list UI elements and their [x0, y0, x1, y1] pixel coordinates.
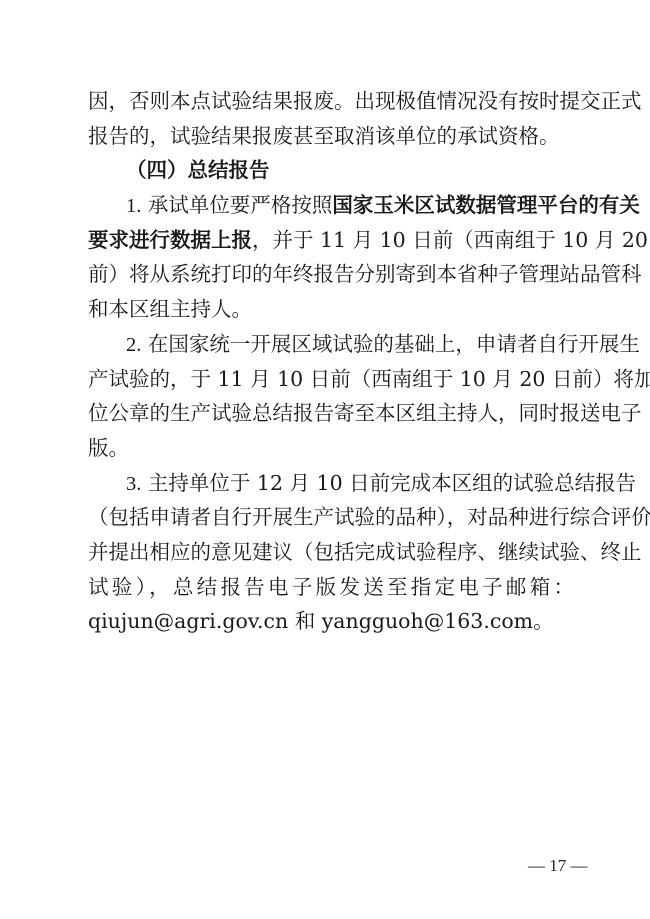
item-3-line-4: 试验），总结报告电子版发送至指定电子邮箱：: [88, 570, 574, 605]
item-3-line-5: qiujun@agri.gov.cn 和 yangguoh@163.com。: [88, 604, 574, 639]
text: ，并于 11 月 10 日前（西南组于 10 月 20 日: [252, 228, 650, 252]
item-2-line-4: 版。: [88, 431, 574, 466]
item-1-line-4: 和本区组主持人。: [88, 292, 574, 327]
item-number: 2.: [126, 334, 141, 356]
document-page: 因，否则本点试验结果报废。出现极值情况没有按时提交正式 报告的，试验结果报废甚至…: [88, 84, 574, 639]
bold-text: 要求进行数据上报: [88, 228, 252, 252]
item-3-line-2: （包括申请者自行开展生产试验的品种），对品种进行综合评价: [88, 500, 574, 535]
item-1-line-1: 1. 承试单位要严格按照国家玉米区试数据管理平台的有关: [88, 188, 574, 223]
section-heading: （四）总结报告: [88, 153, 574, 188]
item-number: 3.: [126, 473, 141, 495]
item-2-line-1: 2. 在国家统一开展区域试验的基础上，申请者自行开展生: [88, 327, 574, 362]
item-1-line-3: 前）将从系统打印的年终报告分别寄到本省种子管理站品管科: [88, 257, 574, 292]
paragraph-line: 因，否则本点试验结果报废。出现极值情况没有按时提交正式: [88, 84, 574, 119]
paragraph-line: 报告的，试验结果报废甚至取消该单位的承试资格。: [88, 119, 574, 154]
item-number: 1.: [126, 195, 141, 217]
item-3-line-3: 并提出相应的意见建议（包括完成试验程序、继续试验、终止: [88, 535, 574, 570]
text: 主持单位于 12 月 10 日前完成本区组的试验总结报告: [148, 471, 636, 495]
text: 承试单位要严格按照: [148, 193, 333, 217]
bold-text: 国家玉米区试数据管理平台的有关: [332, 193, 640, 217]
item-1-line-2: 要求进行数据上报，并于 11 月 10 日前（西南组于 10 月 20 日: [88, 223, 574, 258]
text: 在国家统一开展区域试验的基础上，申请者自行开展生: [148, 332, 640, 356]
item-2-line-3: 位公章的生产试验总结报告寄至本区组主持人，同时报送电子: [88, 396, 574, 431]
item-2-line-2: 产试验的，于 11 月 10 日前（西南组于 10 月 20 日前）将加盖单: [88, 362, 574, 397]
item-3-line-1: 3. 主持单位于 12 月 10 日前完成本区组的试验总结报告: [88, 466, 574, 501]
page-number: — 17 —: [528, 856, 588, 876]
